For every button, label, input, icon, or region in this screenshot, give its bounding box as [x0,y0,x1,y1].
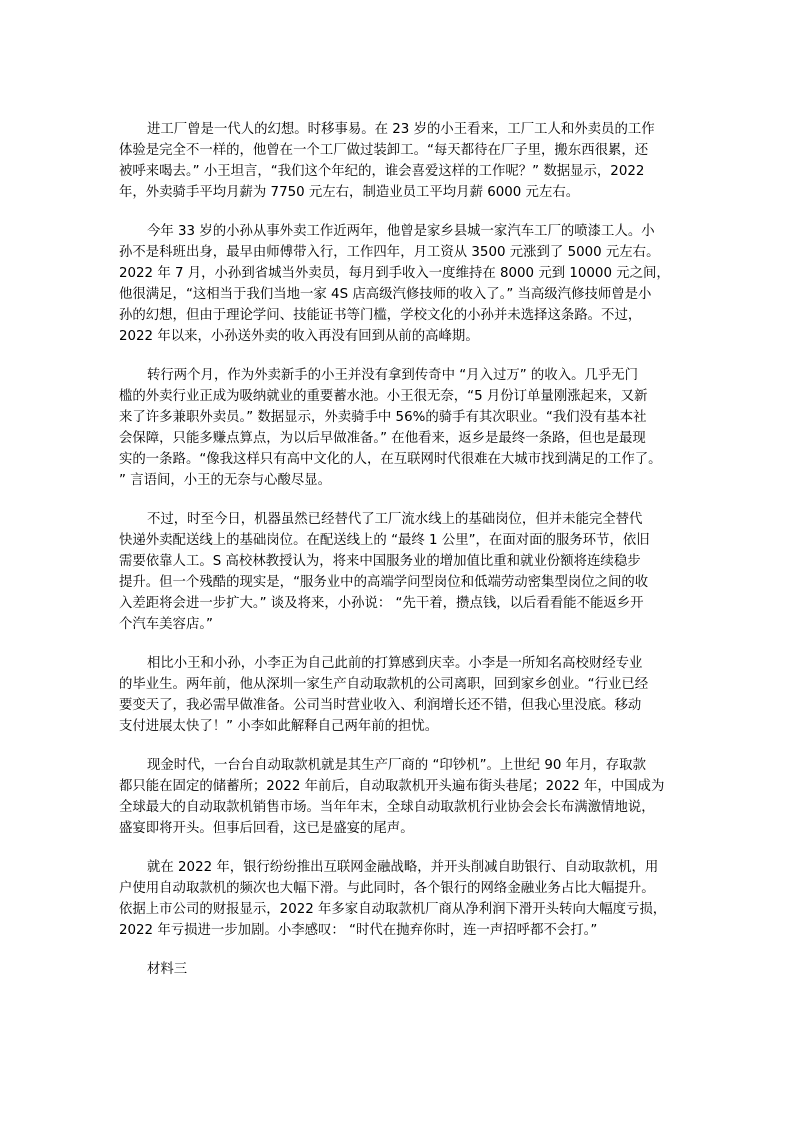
text-line: 年，外卖骑手平均月薪为 7750 元左右，制造业员工平均月薪 6000 元左右。 [119,182,675,203]
text-line: 被呼来喝去。” 小王坦言，“我们这个年纪的，谁会喜爱这样的工作呢？” 数据显示，… [119,161,675,182]
text-line: 提升。但一个残酷的现实是，“服务业中的高端学问型岗位和低端劳动密集型岗位之间的收 [119,572,675,593]
text-line: 快递外卖配送线上的基础岗位。在配送线上的 “最终 1 公里”，在面对面的服务环节… [119,530,675,551]
text-line: 要变天了，我必需早做准备。公司当时营业收入、利润增长还不错，但我心里没底。移动 [119,695,675,716]
text-line: 孙不是科班出身，最早由师傅带入行，工作四年，月工资从 3500 元涨到了 500… [119,242,675,263]
text-line: 个汽车美容店。” [119,614,675,635]
text-line: 来了许多兼职外卖员。” 数据显示，外卖骑手中 56%的骑手有其次职业。“我们没有… [119,407,675,428]
text-line: 需要依靠人工。S 高校林教授认为，将来中国服务业的增加值比重和就业份额将连续稳步 [119,551,675,572]
section-heading-material-3: 材料三 [119,959,675,980]
text-line: 盛宴即将开头。但事后回看，这已是盛宴的尾声。 [119,818,675,839]
text-line: ” 言语间，小王的无奈与心酸尽显。 [119,470,675,491]
text-line: 相比小王和小孙，小李正为自己此前的打算感到庆幸。小李是一所知名高校财经专业 [119,653,675,674]
section-label: 材料三 [119,959,675,980]
document-page: 进工厂曾是一代人的幻想。时移事易。在 23 岁的小王看来，工厂工人和外卖员的工作… [119,119,675,998]
text-line: 会保障，只能多赚点算点，为以后早做准备。” 在他看来，返乡是最终一条路，但也是最… [119,428,675,449]
paragraph-2: 今年 33 岁的小孙从事外卖工作近两年，他曾是家乡县城一家汽车工厂的喷漆工人。小… [119,221,675,347]
text-line: 的毕业生。两年前，他从深圳一家生产自动取款机的公司离职，回到家乡创业。“行业已经 [119,674,675,695]
text-line: 不过，时至今日，机器虽然已经替代了工厂流水线上的基础岗位，但并未能完全替代 [119,509,675,530]
paragraph-4: 不过，时至今日，机器虽然已经替代了工厂流水线上的基础岗位，但并未能完全替代 快递… [119,509,675,635]
text-line: 他很满足，“这相当于我们当地一家 4S 店高级汽修技师的收入了。” 当高级汽修技… [119,284,675,305]
text-line: 孙的幻想，但由于理论学问、技能证书等门槛，学校文化的小孙并未选择这条路。不过， [119,305,675,326]
text-line: 体验是完全不一样的，他曾在一个工厂做过装卸工。“每天都待在厂子里，搬东西很累，还 [119,140,675,161]
text-line: 就在 2022 年，银行纷纷推出互联网金融战略，并开头削减自助银行、自动取款机，… [119,857,675,878]
paragraph-7: 就在 2022 年，银行纷纷推出互联网金融战略，并开头削减自助银行、自动取款机，… [119,857,675,941]
text-line: 都只能在固定的储蓄所；2022 年前后，自动取款机开头遍布街头巷尾；2022 年… [119,776,675,797]
text-line: 依据上市公司的财报显示，2022 年多家自动取款机厂商从净利润下滑开头转向大幅度… [119,899,675,920]
text-line: 2022 年以来，小孙送外卖的收入再没有回到从前的高峰期。 [119,326,675,347]
paragraph-1: 进工厂曾是一代人的幻想。时移事易。在 23 岁的小王看来，工厂工人和外卖员的工作… [119,119,675,203]
text-line: 实的一条路。“像我这样只有高中文化的人，在互联网时代很难在大城市找到满足的工作了… [119,449,675,470]
paragraph-6: 现金时代，一台台自动取款机就是其生产厂商的 “印钞机”。上世纪 90 年月，存取… [119,755,675,839]
text-line: 进工厂曾是一代人的幻想。时移事易。在 23 岁的小王看来，工厂工人和外卖员的工作 [119,119,675,140]
text-line: 户使用自动取款机的频次也大幅下滑。与此同时，各个银行的网络金融业务占比大幅提升。 [119,878,675,899]
text-line: 2022 年亏损进一步加剧。小李感叹： “时代在抛弃你时，连一声招呼都不会打。” [119,920,675,941]
text-line: 全球最大的自动取款机销售市场。当年年末，全球自动取款机行业协会会长布满激情地说， [119,797,675,818]
text-line: 今年 33 岁的小孙从事外卖工作近两年，他曾是家乡县城一家汽车工厂的喷漆工人。小 [119,221,675,242]
text-line: 入差距将会进一步扩大。” 谈及将来，小孙说： “先干着，攒点钱，以后看看能不能返… [119,593,675,614]
paragraph-5: 相比小王和小孙，小李正为自己此前的打算感到庆幸。小李是一所知名高校财经专业 的毕… [119,653,675,737]
text-line: 槛的外卖行业正成为吸纳就业的重要蓄水池。小王很无奈，“5 月份订单量刚涨起来，又… [119,386,675,407]
text-line: 现金时代，一台台自动取款机就是其生产厂商的 “印钞机”。上世纪 90 年月，存取… [119,755,675,776]
text-line: 支付进展太快了！” 小李如此解释自己两年前的担忧。 [119,716,675,737]
paragraph-3: 转行两个月，作为外卖新手的小王并没有拿到传奇中 “月入过万” 的收入。几乎无门 … [119,365,675,491]
text-line: 2022 年 7 月，小孙到省城当外卖员，每月到手收入一度维持在 8000 元到… [119,263,675,284]
text-line: 转行两个月，作为外卖新手的小王并没有拿到传奇中 “月入过万” 的收入。几乎无门 [119,365,675,386]
